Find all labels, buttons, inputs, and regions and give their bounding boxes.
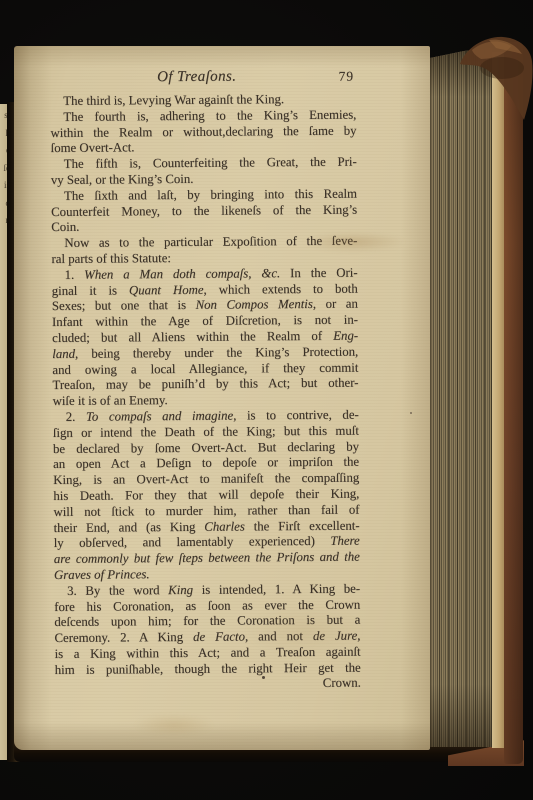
text-line: are commonly but few ſteps between the P… [54, 550, 360, 568]
text-column: Of Treaſons. 79 The third is, Levying Wa… [50, 68, 361, 695]
text-line: Treaſon, may be puniſh’d by this Act; bu… [52, 376, 358, 394]
book-photo: s,heſeisdnſ Of Treaſons. 79 The third is… [0, 0, 533, 800]
stain [134, 714, 214, 736]
flyleaf-edge [492, 52, 504, 748]
ink-speck [262, 676, 265, 679]
page-header: Of Treaſons. 79 [50, 68, 356, 88]
ink-speck [276, 492, 278, 494]
ink-speck [410, 412, 412, 414]
text-line: Counterfeit Money, to the likeneſs of th… [51, 202, 357, 220]
text-line: Now as to the particular Expoſition of t… [51, 234, 357, 252]
book-page: Of Treaſons. 79 The third is, Levying Wa… [14, 46, 430, 750]
cover-spine-edge [504, 42, 523, 764]
text-line: within the Realm or without,declaring th… [50, 123, 356, 141]
text-line: The fifth is, Counterfeiting the Great, … [51, 155, 357, 173]
running-title: Of Treaſons. [157, 69, 236, 87]
text-line: Crown. [55, 676, 361, 694]
torn-leather-corner [444, 28, 533, 126]
fore-edge-pages [430, 48, 492, 747]
text-block: The third is, Levying War againſt the Ki… [50, 92, 361, 695]
page-number: 79 [338, 69, 354, 85]
text-line: him is puniſhable, though the right Heir… [55, 660, 361, 678]
